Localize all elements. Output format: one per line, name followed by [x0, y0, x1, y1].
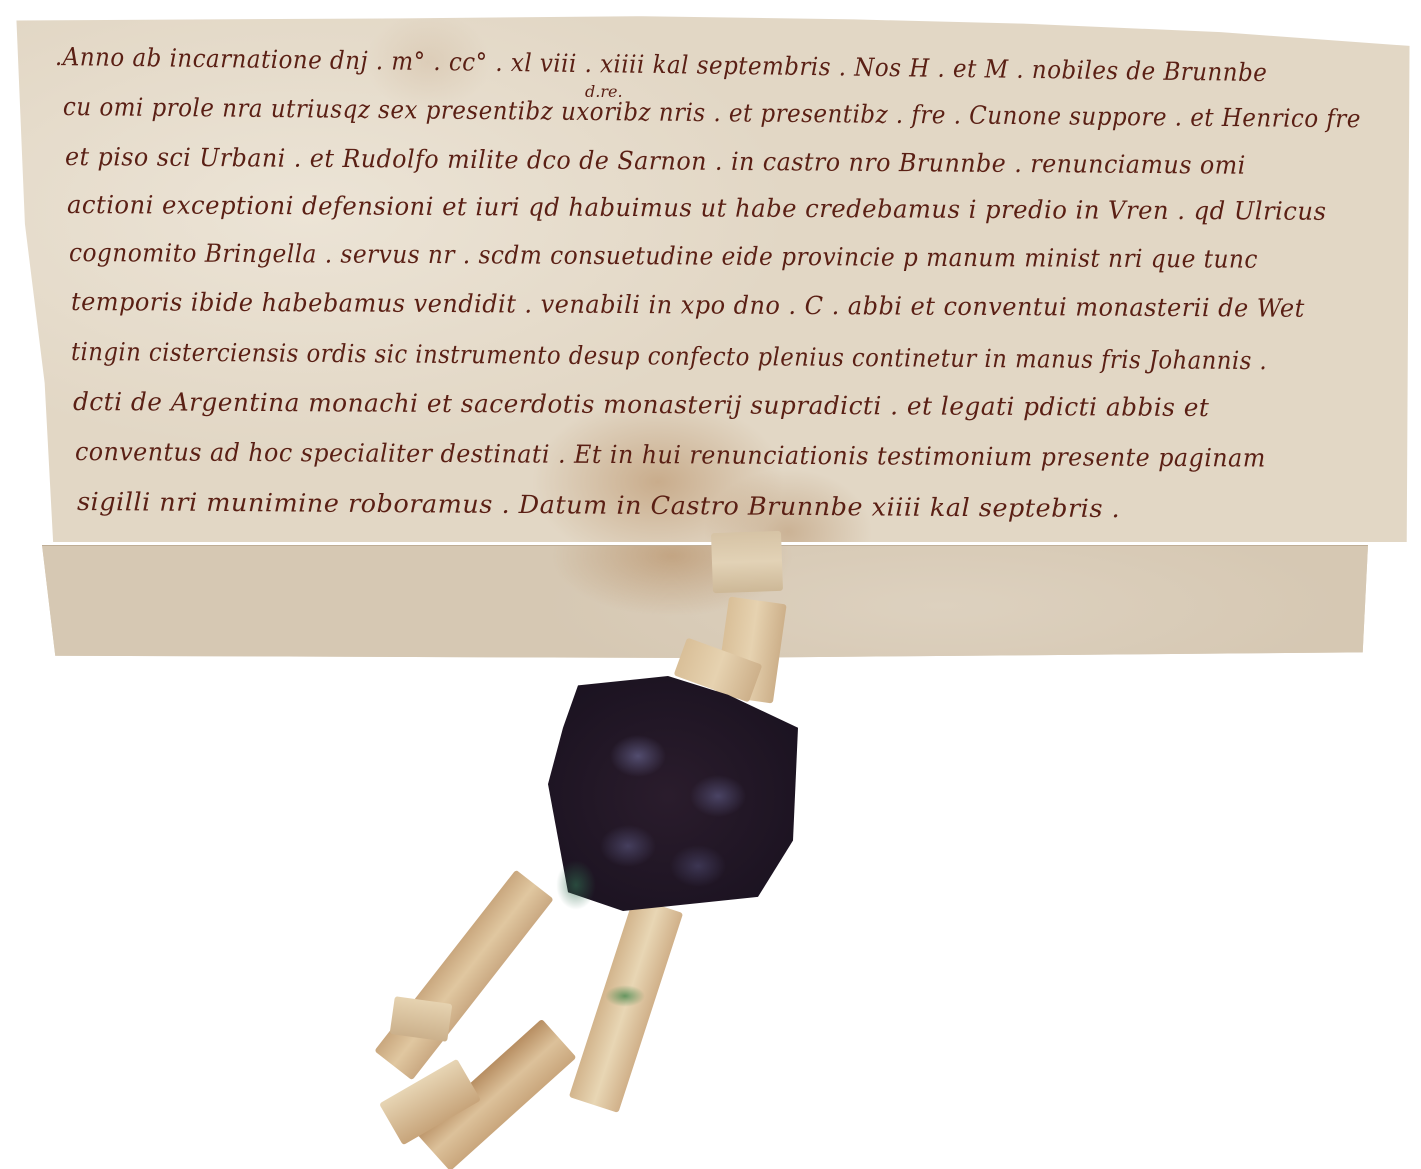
- strap-left-curl: [390, 996, 453, 1042]
- strap-verdigris-stain: [605, 985, 645, 1007]
- text-line-8: dcti de Argentina monachi et sacerdotis …: [73, 387, 1210, 422]
- seal-patina: [556, 860, 596, 910]
- strap-loop: [711, 531, 783, 593]
- parchment-fold-plica: [42, 545, 1368, 658]
